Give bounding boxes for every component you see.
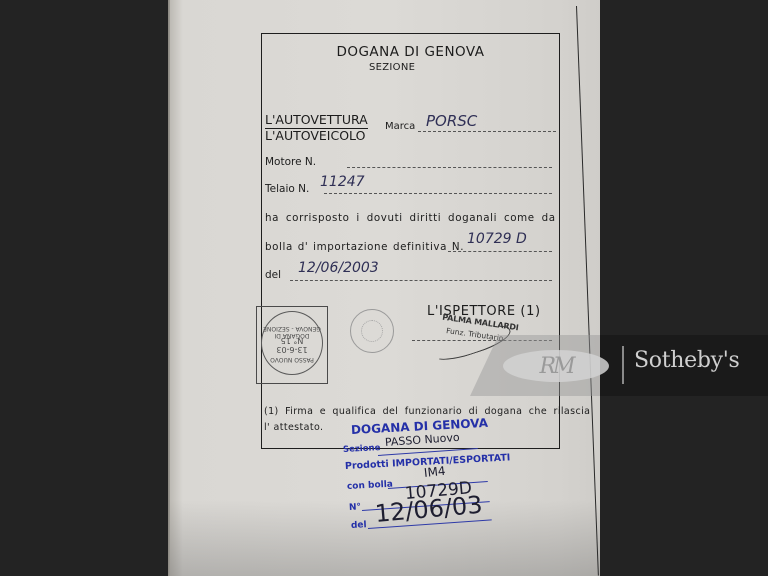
- round-customs-stamp: DOGANA DI GENOVA - SEZIONE N° 15 13-6-03…: [261, 311, 323, 375]
- marca-value: PORSC: [426, 112, 477, 130]
- motore-dotted-line: [347, 167, 552, 168]
- bolla-dotted-line: [448, 251, 552, 252]
- vehicle-type-autoveicolo: L'AUTOVEICOLO: [265, 128, 365, 143]
- motore-label: Motore N.: [265, 156, 316, 168]
- marca-label: Marca: [385, 121, 415, 132]
- footnote-line-1: (1) Firma e qualifica del funzionario di…: [264, 406, 590, 417]
- del-label: del: [265, 269, 281, 281]
- blue-stamp-del-label: del: [351, 520, 367, 531]
- stamp-number: N° 15: [262, 336, 322, 345]
- watermark-divider: [622, 346, 624, 384]
- blue-stamp-sezione-label: Sezione: [343, 443, 381, 455]
- del-value: 12/06/2003: [298, 260, 379, 276]
- bolla-value: 10729 D: [467, 231, 527, 247]
- vehicle-type-autovettura: L'AUTOVETTURA: [265, 112, 368, 129]
- blue-stamp-bolla-value: IM4: [423, 464, 446, 480]
- sothebys-brand: Sotheby's: [634, 348, 740, 373]
- stamp-ring-bottom: PASSO NUOVO: [262, 356, 322, 363]
- rm-logo-text: RM: [539, 354, 572, 379]
- form-title: DOGANA DI GENOVA: [262, 44, 559, 60]
- footnote-line-2: l' attestato.: [264, 422, 323, 433]
- sezione-label: SEZIONE: [369, 62, 415, 73]
- faint-embossed-stamp: [350, 309, 394, 353]
- del-dotted-line: [290, 280, 552, 281]
- telaio-dotted-line: [324, 193, 552, 194]
- telaio-label: Telaio N.: [265, 183, 309, 195]
- stamp-date: 13-6-03: [262, 345, 322, 354]
- blue-stamp-numero-label: N°: [349, 502, 362, 513]
- rm-logo: RM: [503, 350, 609, 382]
- telaio-value: 11247: [320, 174, 365, 190]
- body-text-line-1: ha corrisposto i dovuti diritti doganali…: [265, 212, 556, 224]
- bolla-label: bolla d' importazione definitiva N.: [265, 241, 464, 253]
- marca-dotted-line: [418, 131, 556, 132]
- faint-stamp-emblem: [361, 320, 383, 342]
